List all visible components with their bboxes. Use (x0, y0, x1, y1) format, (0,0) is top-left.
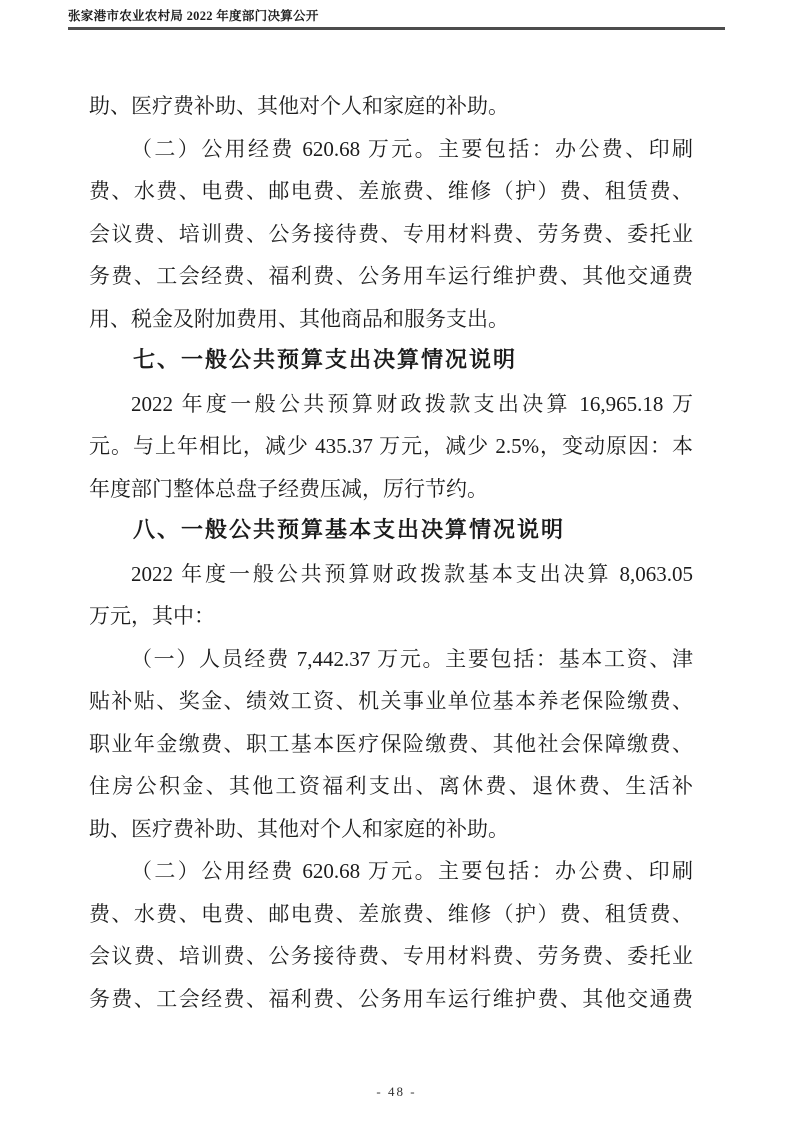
section-heading: 七、一般公共预算支出决算情况说明 (89, 340, 693, 383)
text-line: 务费、工会经费、福利费、公务用车运行维护费、其他交通费 (89, 255, 693, 298)
text-line: 会议费、培训费、公务接待费、专用材料费、劳务费、委托业 (89, 935, 693, 978)
section-heading: 八、一般公共预算基本支出决算情况说明 (89, 510, 693, 553)
text-line: 职业年金缴费、职工基本医疗保险缴费、其他社会保障缴费、 (89, 723, 693, 766)
text-line: 住房公积金、其他工资福利支出、离休费、退休费、生活补 (89, 765, 693, 808)
page-footer: - 48 - (0, 1083, 793, 1101)
text-line: 费、水费、电费、邮电费、差旅费、维修（护）费、租赁费、 (89, 170, 693, 213)
text-line: 万元，其中： (89, 595, 693, 638)
text-line: 年度部门整体总盘子经费压减，厉行节约。 (89, 468, 693, 511)
text-line: 费、水费、电费、邮电费、差旅费、维修（护）费、租赁费、 (89, 893, 693, 936)
text-line: 会议费、培训费、公务接待费、专用材料费、劳务费、委托业 (89, 213, 693, 256)
text-line: 务费、工会经费、福利费、公务用车运行维护费、其他交通费 (89, 978, 693, 1021)
document-body: 助、医疗费补助、其他对个人和家庭的补助。 （二）公用经费 620.68 万元。主… (89, 85, 693, 1020)
page-number: - 48 - (376, 1084, 416, 1099)
page-header: 张家港市农业农村局 2022 年度部门决算公开 (68, 9, 725, 30)
text-line: （一）人员经费 7,442.37 万元。主要包括：基本工资、津 (89, 638, 693, 681)
text-line: （二）公用经费 620.68 万元。主要包括：办公费、印刷 (89, 850, 693, 893)
header-divider (68, 27, 725, 30)
text-line: 贴补贴、奖金、绩效工资、机关事业单位基本养老保险缴费、 (89, 680, 693, 723)
text-line: 元。与上年相比，减少 435.37 万元，减少 2.5%，变动原因：本 (89, 425, 693, 468)
header-title: 张家港市农业农村局 2022 年度部门决算公开 (68, 9, 725, 24)
text-line: 用、税金及附加费用、其他商品和服务支出。 (89, 298, 693, 341)
text-line: 助、医疗费补助、其他对个人和家庭的补助。 (89, 85, 693, 128)
text-line: 2022 年度一般公共预算财政拨款基本支出决算 8,063.05 (89, 553, 693, 596)
document-page: 张家港市农业农村局 2022 年度部门决算公开 助、医疗费补助、其他对个人和家庭… (0, 0, 793, 1122)
text-line: 2022 年度一般公共预算财政拨款支出决算 16,965.18 万 (89, 383, 693, 426)
text-line: （二）公用经费 620.68 万元。主要包括：办公费、印刷 (89, 128, 693, 171)
text-line: 助、医疗费补助、其他对个人和家庭的补助。 (89, 808, 693, 851)
